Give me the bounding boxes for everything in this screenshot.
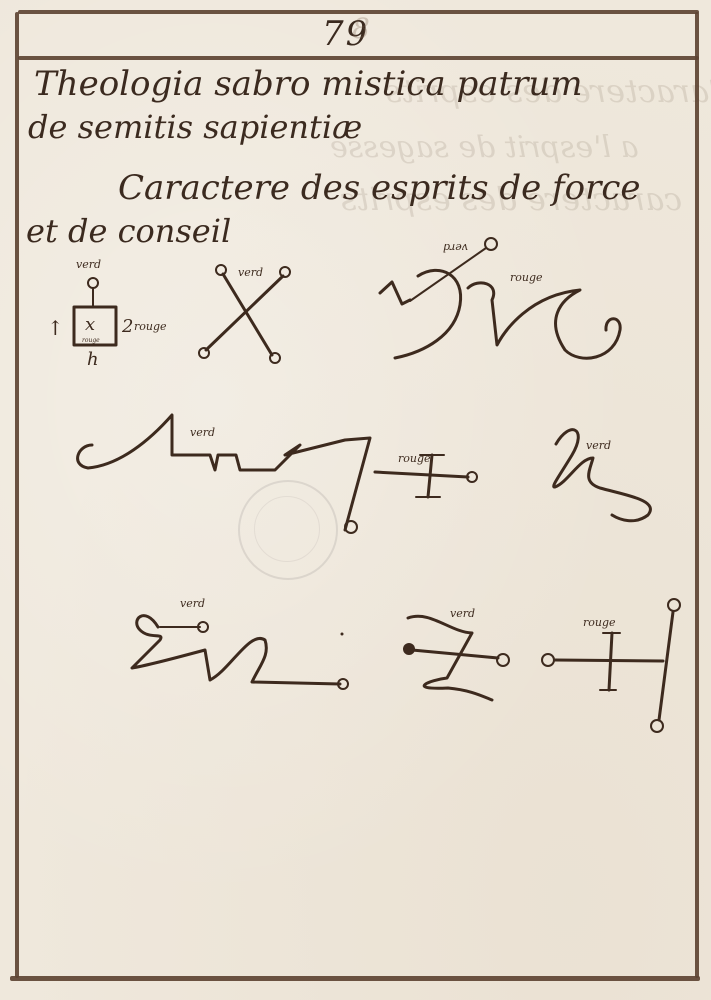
sigil-label-verd: verd — [450, 607, 475, 620]
sigil-cross-bar: rouge — [542, 599, 680, 732]
sigil-label-verd: verd — [180, 597, 205, 610]
sigil-right-glyph: 2 — [121, 316, 133, 337]
sigil-label-verd: verd — [443, 241, 468, 254]
sigil-bottom-glyph: h — [87, 349, 99, 370]
sigil-label-rouge: rouge — [398, 452, 431, 465]
sigil-left-glyph: ↑ — [47, 316, 64, 340]
sigil-label-rouge: rouge — [134, 320, 167, 333]
sigil-label-rouge: rouge — [583, 616, 616, 629]
sigil-crossed-lines: verd — [199, 265, 290, 363]
manuscript-page: Caractere des esprits a l'esprit de sage… — [0, 0, 711, 1000]
sigil-inner-label-rouge: rouge — [82, 337, 100, 344]
sigil-label-verd: verd — [238, 266, 263, 279]
sigil-box-x: verd x rouge ↑ 2 rouge h — [47, 258, 167, 370]
sigil-label-verd: verd — [76, 258, 101, 271]
sigil-z-crossbar: verd — [403, 607, 509, 700]
sigil-serpent: verd — [554, 430, 651, 521]
sigil-drawings: verd x rouge ↑ 2 rouge h verd verd — [0, 0, 711, 1000]
sigil-label-verd: verd — [586, 439, 611, 452]
sigil-stepped-line: verd rouge — [78, 415, 477, 533]
sigil-loop-wave: verd — [132, 597, 348, 689]
sigil-zigzag-loops: verd rouge — [380, 238, 620, 358]
sigil-label-rouge: rouge — [510, 271, 543, 284]
sigil-label-verd: verd — [190, 426, 215, 439]
sigil-center-glyph: x — [85, 314, 95, 335]
